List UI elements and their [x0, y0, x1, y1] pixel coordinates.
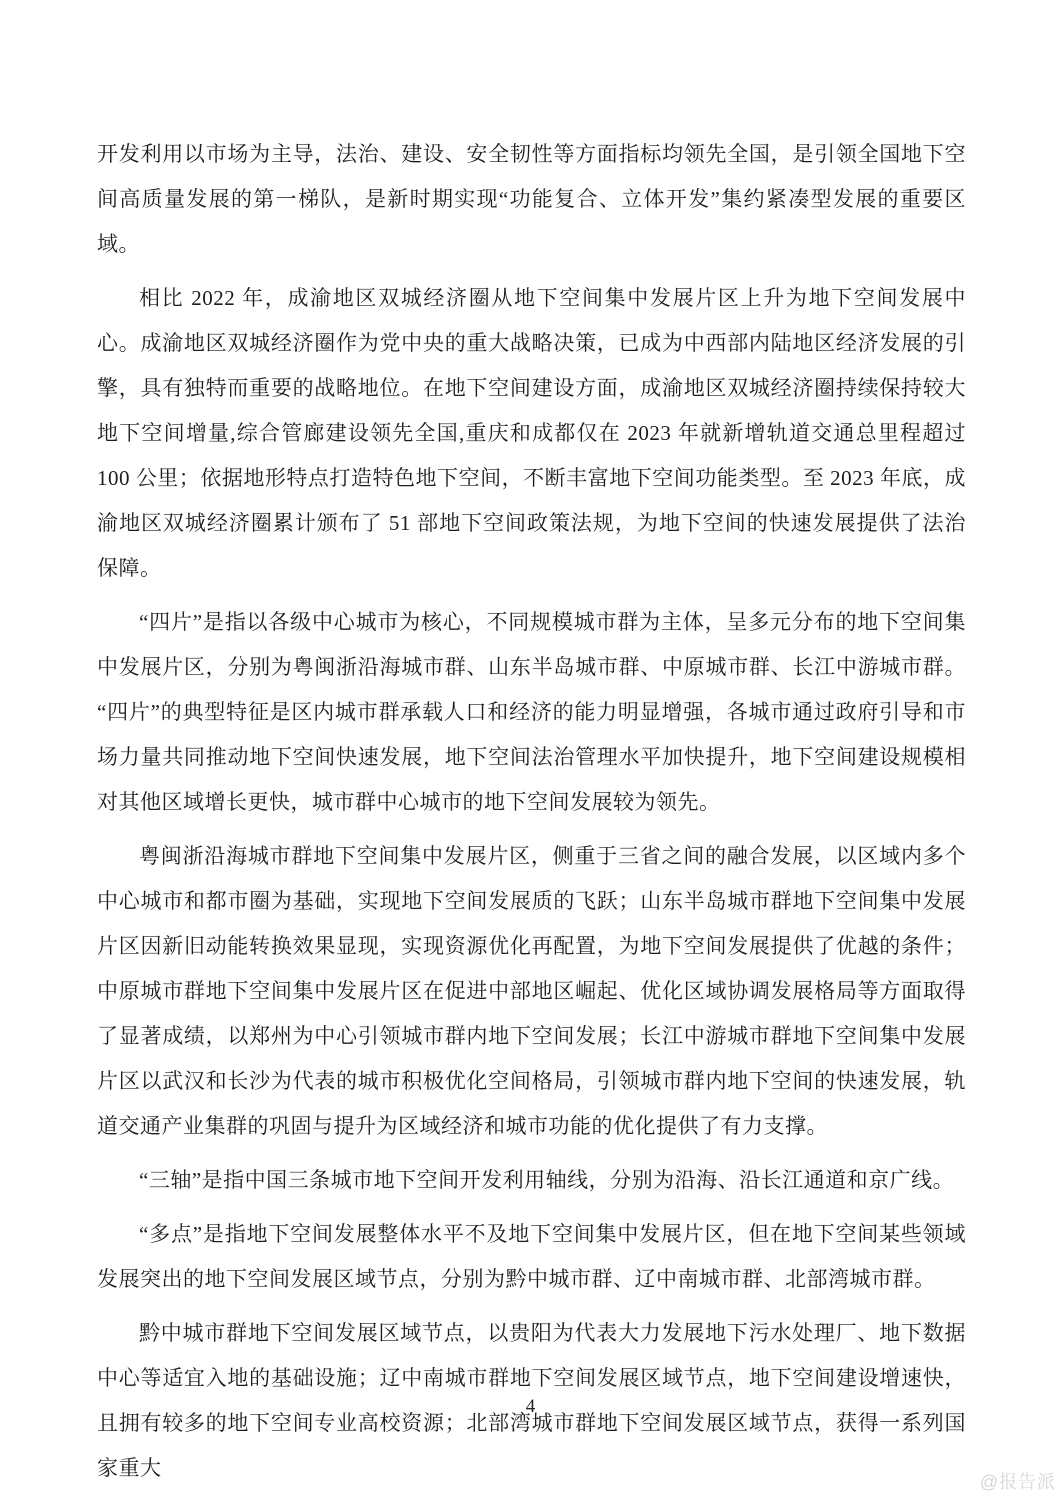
page-footer: 4 — [0, 1396, 1061, 1418]
paragraph-four-areas-detail: 粤闽浙沿海城市群地下空间集中发展片区，侧重于三省之间的融合发展，以区域内多个中心… — [97, 834, 966, 1149]
paragraph-multi-points: “多点”是指地下空间发展整体水平不及地下空间集中发展片区，但在地下空间某些领域发… — [97, 1212, 966, 1302]
document-page: 开发利用以市场为主导，法治、建设、安全韧性等方面指标均领先全国，是引领全国地下空… — [0, 0, 1061, 1500]
paragraph-chengyu-circle: 相比 2022 年，成渝地区双城经济圈从地下空间集中发展片区上升为地下空间发展中… — [97, 276, 966, 591]
paragraph-region-lead: 开发利用以市场为主导，法治、建设、安全韧性等方面指标均领先全国，是引领全国地下空… — [97, 132, 966, 267]
paragraph-four-areas-definition: “四片”是指以各级中心城市为核心，不同规模城市群为主体，呈多元分布的地下空间集中… — [97, 600, 966, 825]
paragraph-three-axes: “三轴”是指中国三条城市地下空间开发利用轴线，分别为沿海、沿长江通道和京广线。 — [97, 1158, 966, 1203]
page-number: 4 — [526, 1396, 536, 1418]
page-body-text: 开发利用以市场为主导，法治、建设、安全韧性等方面指标均领先全国，是引领全国地下空… — [97, 132, 966, 1500]
watermark-baogaopai: @报告派 — [980, 1471, 1056, 1493]
